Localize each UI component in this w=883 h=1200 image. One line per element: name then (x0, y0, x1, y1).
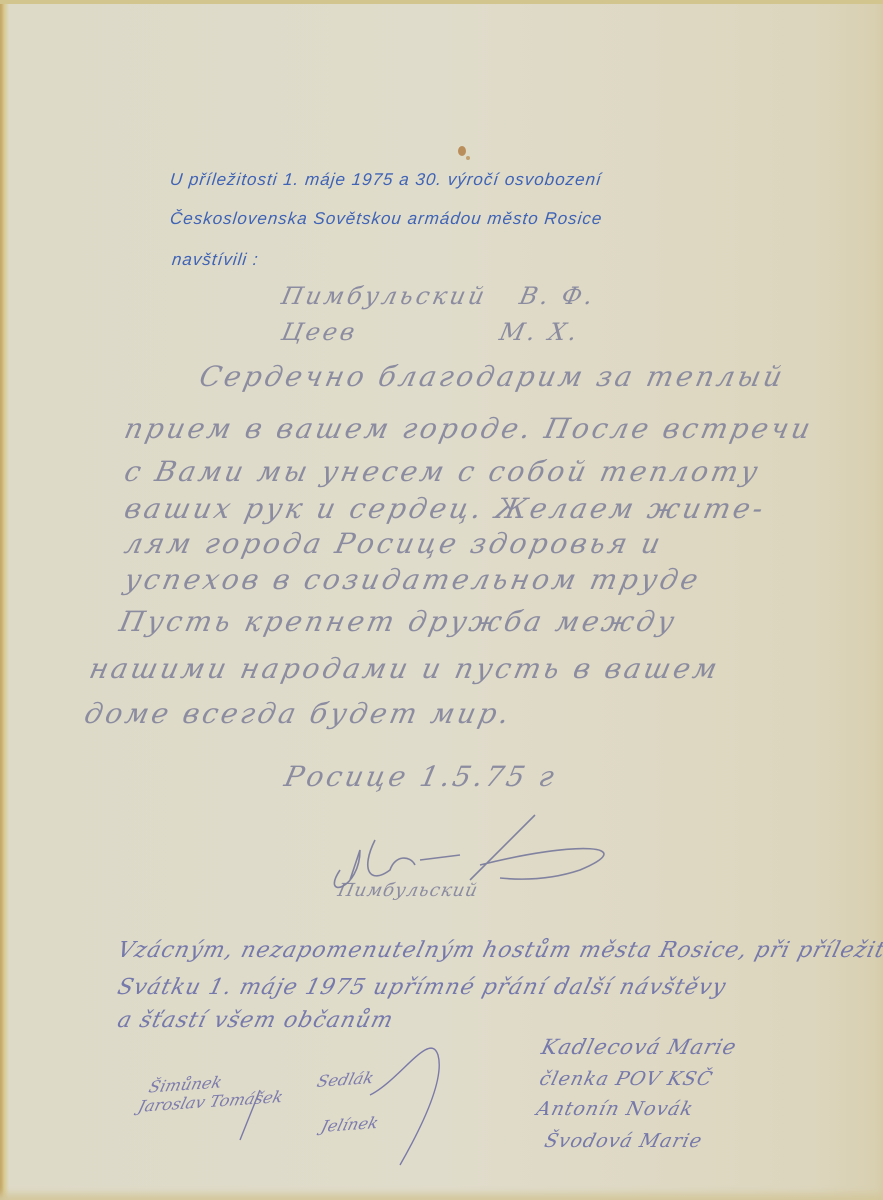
message-line-4: ваших рук и сердец. Желаем жите- (121, 492, 768, 525)
header-line-1: U příležitosti 1. máje 1975 a 30. výročí… (169, 170, 603, 190)
visitor-2-initials: М. Х. (497, 318, 582, 346)
czech-reply-line-2: Svátku 1. máje 1975 upřímné přání další … (115, 975, 729, 1000)
place-date: Росице 1.5.75 г (281, 760, 560, 793)
visitor-1-name: Пимбульский (279, 282, 490, 310)
signature-loop (360, 1040, 450, 1170)
message-line-2: прием в вашем городе. После встречи (121, 412, 816, 445)
signature-stroke (230, 1085, 270, 1145)
paper-stain (458, 146, 466, 156)
visitor-2-name: Цеев (279, 318, 360, 346)
header-line-3: navštívili : (171, 250, 260, 270)
paper-stain (466, 156, 470, 160)
signature-right-1: Kadlecová Marie (539, 1035, 739, 1059)
czech-reply-line-3: a šťastí všem občanům (115, 1008, 396, 1033)
message-line-3: с Вами мы унесем с собой теплоту (121, 455, 763, 488)
signature-name: Пимбульский (336, 880, 480, 901)
document-page: U příležitosti 1. máje 1975 a 30. výročí… (0, 0, 883, 1200)
visitor-1-initials: В. Ф. (517, 282, 598, 310)
signature-right-2: členka POV KSČ (537, 1068, 715, 1090)
signature-right-4: Švodová Marie (542, 1130, 705, 1152)
message-line-7: Пусть крепнет дружба между (116, 605, 680, 638)
message-line-1: Сердечно благодарим за теплый (196, 360, 788, 393)
czech-reply-line-1: Vzácným, nezapomenutelným hostům města R… (115, 938, 883, 963)
message-line-8: нашими народами и пусть в вашем (86, 652, 722, 685)
header-line-2: Československa Sovětskou armádou město R… (169, 209, 604, 229)
message-line-6: успехов в созидательном труде (121, 563, 704, 596)
signature-right-3: Antonín Novák (534, 1098, 696, 1120)
message-line-5: лям города Росице здоровья и (121, 527, 666, 560)
message-line-9: доме всегда будет мир. (81, 697, 515, 730)
